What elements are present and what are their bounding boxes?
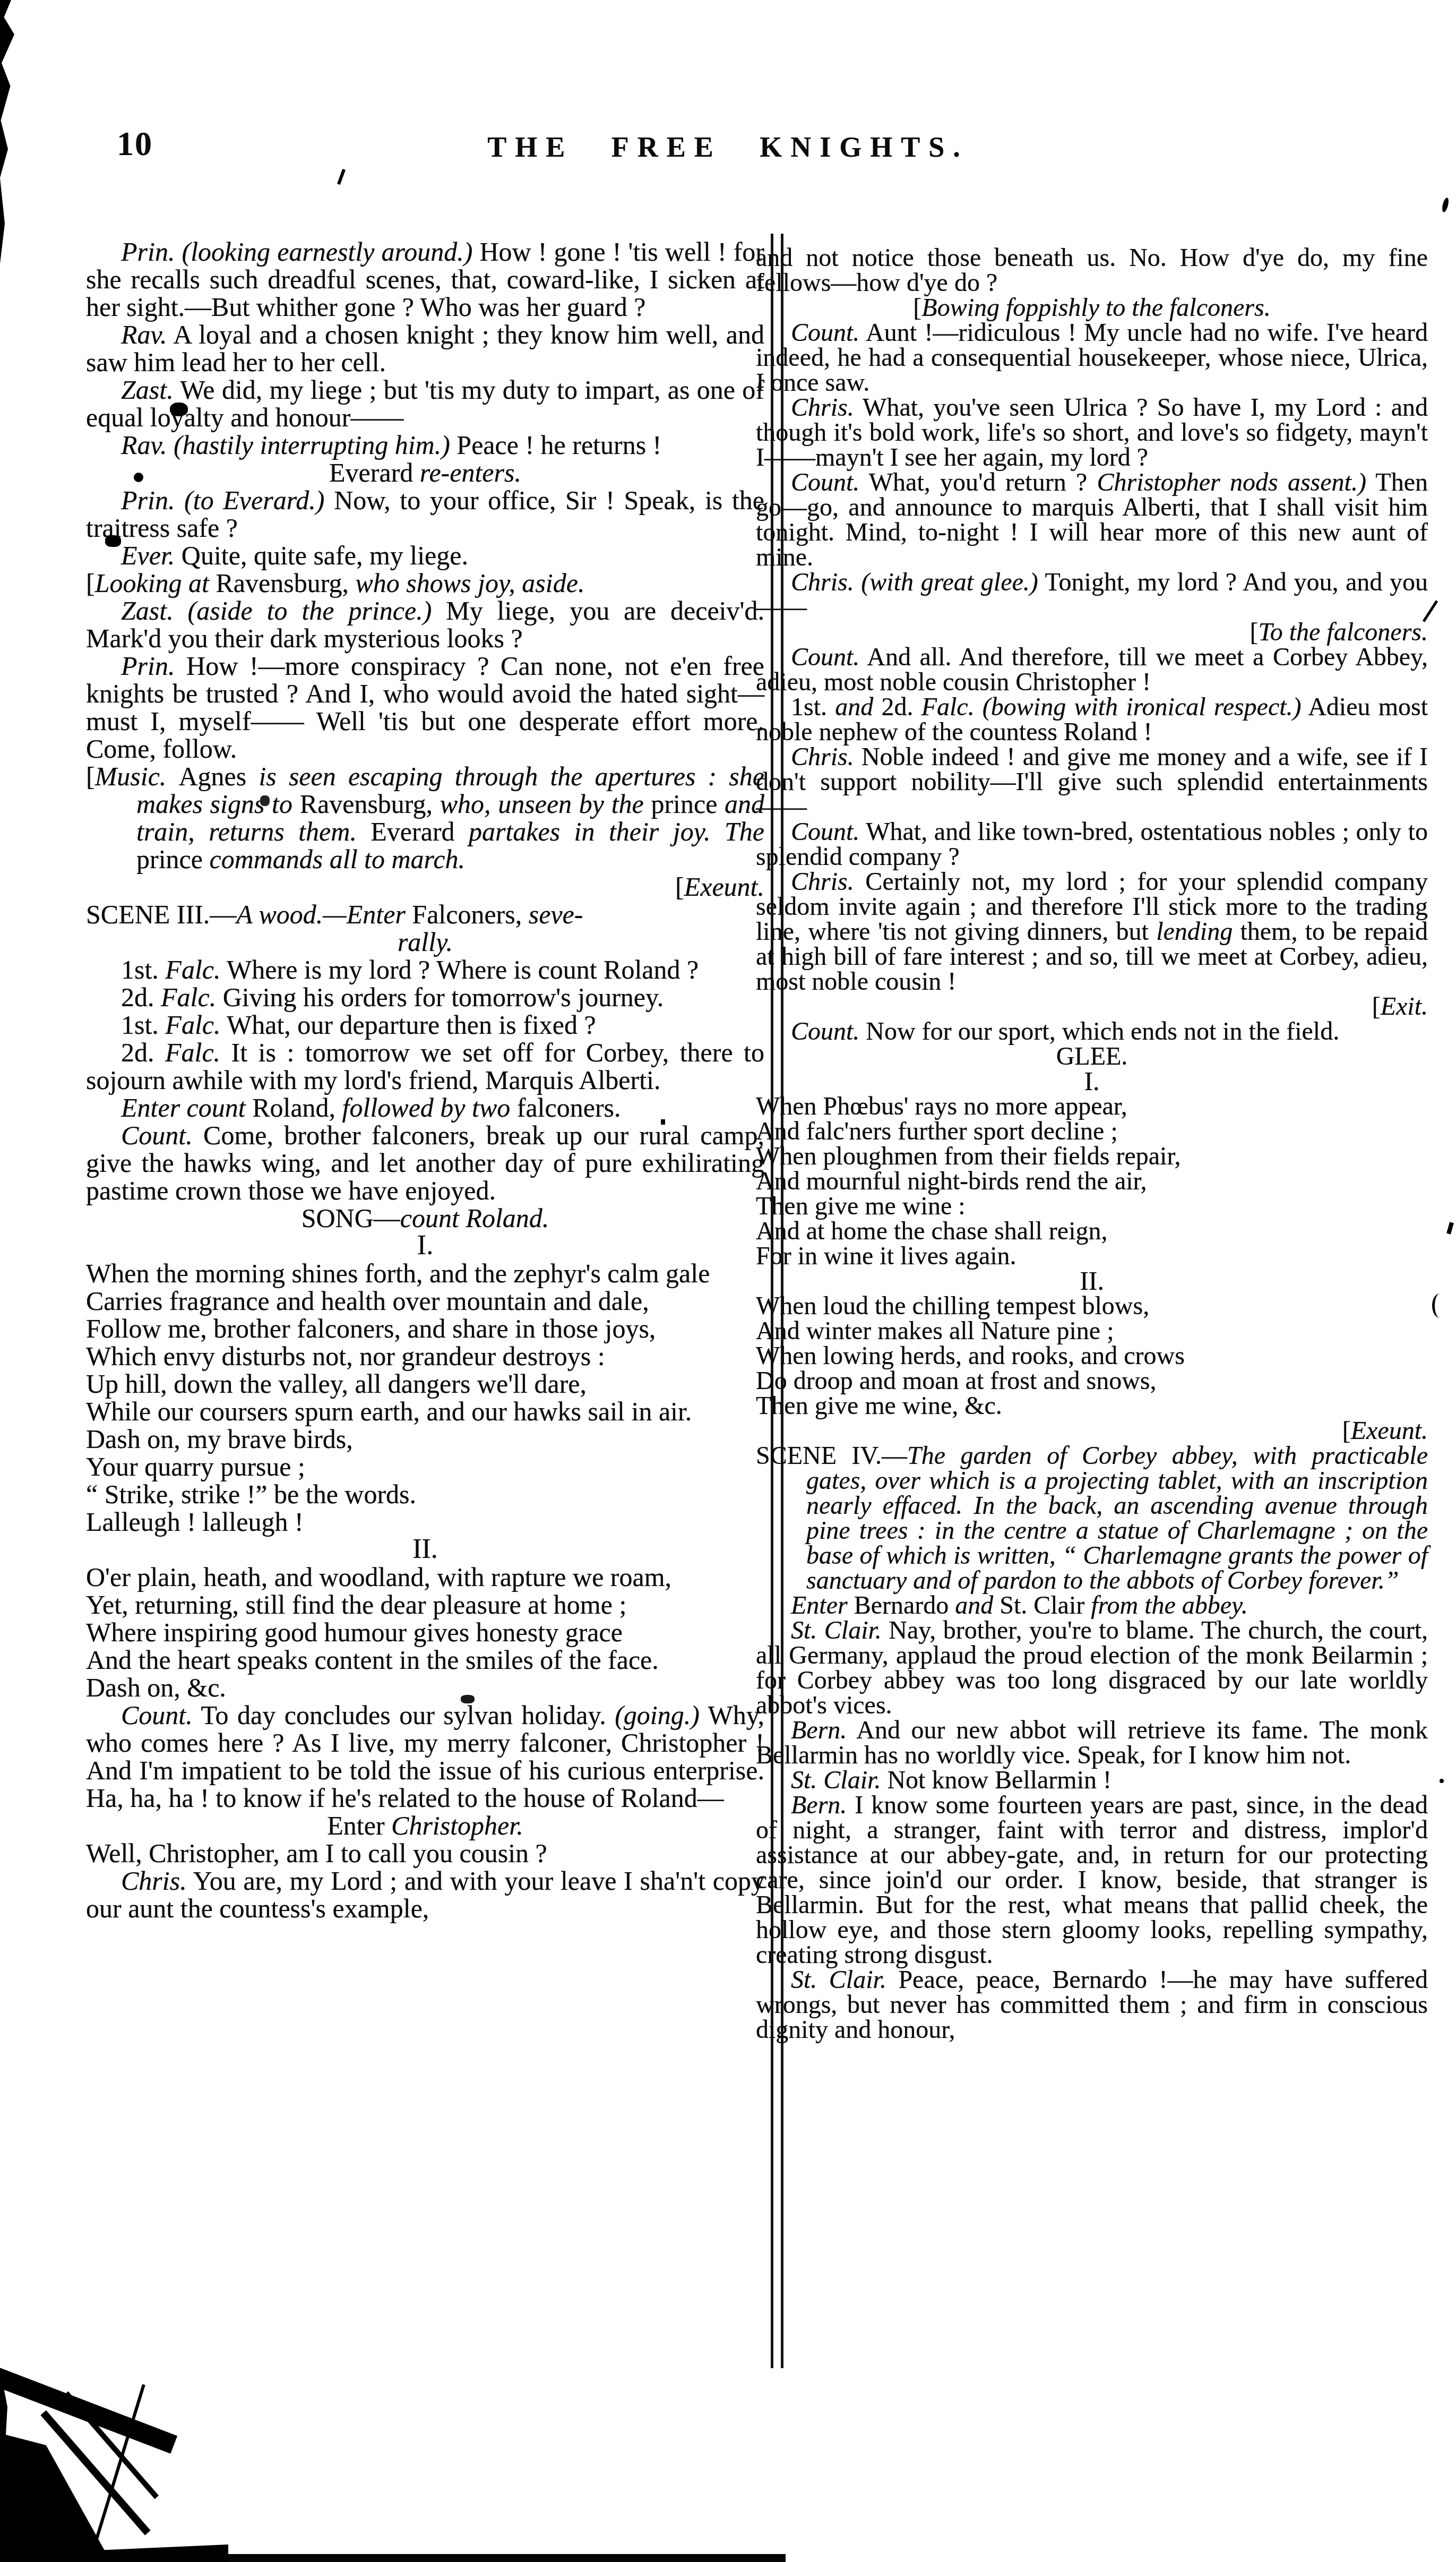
text-run: What, you'd return ? — [859, 468, 1097, 496]
text-run: Peace ! he returns ! — [450, 430, 661, 460]
speech-paragraph: Bern. I know some fourteen years are pas… — [756, 1793, 1428, 1967]
text-run: Enter — [327, 1811, 391, 1840]
scan-artifact-speck — [260, 795, 270, 806]
text-run: Yet, returning, still find the dear plea… — [86, 1590, 626, 1620]
verse-line: Where inspiring good humour gives honest… — [86, 1618, 764, 1646]
speech-paragraph: 1st. and 2d. Falc. (bowing with ironical… — [756, 695, 1428, 744]
verse-line: And mournful night-birds rend the air, — [756, 1169, 1428, 1194]
verse-number: II. — [86, 1536, 764, 1563]
text-run: Exit. — [1381, 992, 1428, 1021]
exit-direction: [Exeunt. — [86, 873, 764, 901]
verse-line: “ Strike, strike !” be the words. — [86, 1480, 764, 1508]
text-run: St. Clair — [1000, 1591, 1091, 1620]
text-run: SCENE IV.— — [756, 1442, 907, 1470]
speech-paragraph: Bern. And our new abbot will retrieve it… — [756, 1718, 1428, 1768]
text-run: Prin. (to Everard.) — [121, 485, 324, 515]
text-run: 1st. — [121, 955, 165, 984]
verse-line: When ploughmen from their fields repair, — [756, 1144, 1428, 1169]
text-run: Your quarry pursue ; — [86, 1452, 305, 1481]
text-run: I know some fourteen years are past, sin… — [756, 1791, 1428, 1969]
text-run: and — [835, 693, 881, 721]
text-run: Everard — [329, 458, 420, 487]
exit-direction: [Exit. — [756, 994, 1428, 1019]
speech-paragraph: Enter Bernardo and St. Clair from the ab… — [756, 1593, 1428, 1618]
verse-line: And winter makes all Nature pine ; — [756, 1318, 1428, 1343]
left-column: Prin. (looking earnestly around.) How ! … — [86, 238, 764, 1922]
right-column: and not notice those beneath us. No. How… — [756, 245, 1428, 2042]
text-run: Which envy disturbs not, nor grandeur de… — [86, 1341, 605, 1371]
text-run: Ravensburg, — [300, 789, 440, 819]
text-run: followed by two — [342, 1093, 517, 1123]
text-run: St. Clair. — [791, 1616, 882, 1644]
speech-paragraph: Chris. Certainly not, my lord ; for your… — [756, 869, 1428, 994]
text-run: Chris. — [791, 743, 854, 771]
text-run: I. — [1084, 1067, 1099, 1096]
song-heading: GLEE. — [756, 1044, 1428, 1069]
verse-line: When the morning shines forth, and the z… — [86, 1259, 764, 1287]
verse-line: Follow me, brother falconers, and share … — [86, 1315, 764, 1342]
text-run: You are, my Lord ; and with your leave I… — [86, 1866, 764, 1923]
stage-direction: [Bowing foppishly to the falconers. — [756, 295, 1428, 320]
text-run: [ — [1372, 992, 1381, 1021]
verse-line: Dash on, &c. — [86, 1674, 764, 1701]
text-run: from the abbey. — [1091, 1591, 1248, 1620]
speech-paragraph: Count. And all. And therefore, till we m… — [756, 645, 1428, 695]
text-run: And our new abbot will retrieve its fame… — [756, 1716, 1428, 1769]
text-run: And winter makes all Nature pine ; — [756, 1317, 1114, 1345]
text-run: (going.) — [615, 1700, 700, 1730]
text-run: Rav. (hastily interrupting him.) — [121, 430, 450, 460]
text-run: St. Clair. — [791, 1966, 886, 1994]
verse-line: Carries fragrance and health over mounta… — [86, 1287, 764, 1315]
text-run: SCENE III.— — [86, 899, 236, 929]
text-run: [ — [1342, 1417, 1351, 1445]
scene-heading: SCENE IV.—The garden of Corbey abbey, wi… — [756, 1443, 1428, 1593]
speech-paragraph: Rav. A loyal and a chosen knight ; they … — [86, 321, 764, 376]
text-run: seve- — [529, 899, 583, 929]
text-run: 2d. — [121, 1038, 165, 1067]
speech-paragraph: Count. Now for our sport, which ends not… — [756, 1019, 1428, 1044]
text-run: [ — [86, 568, 95, 598]
text-run: who shows joy, aside. — [355, 568, 584, 598]
scan-artifact-speck — [1446, 1222, 1454, 1234]
verse-number: I. — [756, 1069, 1428, 1094]
text-run: rally. — [398, 927, 453, 957]
verse-line: While our coursers spurn earth, and our … — [86, 1398, 764, 1425]
speech-paragraph: St. Clair. Peace, peace, Bernardo !—he m… — [756, 1967, 1428, 2042]
text-run: Agnes — [179, 761, 259, 791]
text-run: 2d. — [121, 982, 161, 1012]
scan-artifact-speck — [170, 402, 188, 416]
text-run: Bowing foppishly to the falconers. — [921, 294, 1270, 322]
text-run: “ Strike, strike !” be the words. — [86, 1479, 416, 1509]
text-run: For in wine it lives again. — [756, 1242, 1016, 1270]
stage-direction: [Looking at Ravensburg, who shows joy, a… — [86, 569, 764, 597]
text-run: Follow me, brother falconers, and share … — [86, 1314, 656, 1343]
scan-artifact-bottom-band — [228, 2554, 786, 2562]
verse-line: Then give me wine, &c. — [756, 1393, 1428, 1418]
text-run: Ravensburg, — [216, 568, 355, 598]
speech-paragraph: Ever. Quite, quite safe, my liege. — [86, 542, 764, 569]
text-run: [ — [86, 761, 95, 791]
text-run: [ — [1250, 618, 1258, 646]
speech-paragraph: 2d. Falc. It is : tomorrow we set off fo… — [86, 1039, 764, 1094]
text-run: A wood.—Enter — [236, 899, 412, 929]
text-run: Enter — [791, 1591, 854, 1620]
text-run: Bern. — [791, 1791, 847, 1819]
stage-direction: rally. — [86, 928, 764, 956]
scan-artifact-speck — [105, 535, 121, 547]
text-run: When the morning shines forth, and the z… — [86, 1258, 710, 1288]
speech-paragraph: Enter count Roland, followed by two falc… — [86, 1094, 764, 1121]
speech-paragraph: 1st. Falc. Where is my lord ? Where is c… — [86, 956, 764, 983]
text-run: Zast. — [121, 375, 174, 405]
verse-line: Which envy disturbs not, nor grandeur de… — [86, 1342, 764, 1370]
text-run: II. — [412, 1534, 438, 1564]
text-run: Well, Christopher, am I to call you cous… — [86, 1838, 547, 1868]
text-run: count Roland. — [400, 1203, 549, 1233]
text-run: 1st. — [791, 693, 835, 721]
text-run: Up hill, down the valley, all dangers we… — [86, 1369, 587, 1399]
speech-paragraph: Count. What, and like town-bred, ostenta… — [756, 819, 1428, 869]
text-run: To the falconers. — [1258, 618, 1428, 646]
verse-line: Lalleugh ! lalleugh ! — [86, 1508, 764, 1536]
text-run: We did, my liege ; but 'tis my duty to i… — [86, 375, 764, 432]
verse-line: Yet, returning, still find the dear plea… — [86, 1591, 764, 1618]
stage-direction: Enter Christopher. — [86, 1812, 764, 1839]
stage-direction: [Music. Agnes is seen escaping through t… — [86, 762, 764, 873]
speech-paragraph: Chris. (with great glee.) Tonight, my lo… — [756, 570, 1428, 620]
speech-paragraph: 1st. Falc. What, our departure then is f… — [86, 1011, 764, 1039]
text-run: SONG— — [301, 1203, 400, 1233]
text-run: Bernardo — [854, 1591, 955, 1620]
verse-line: For in wine it lives again. — [756, 1244, 1428, 1269]
text-run: Roland, — [252, 1093, 342, 1123]
scan-artifact-speck — [134, 473, 143, 482]
text-run: Now for our sport, which ends not in the… — [859, 1017, 1339, 1046]
speech-paragraph: Chris. You are, my Lord ; and with your … — [86, 1867, 764, 1922]
speech-paragraph: Count. To day concludes our sylvan holid… — [86, 1701, 764, 1812]
text-run: Giving his orders for tomorrow's journey… — [216, 982, 664, 1012]
text-run: and — [955, 1591, 1000, 1620]
text-run: While our coursers spurn earth, and our … — [86, 1396, 692, 1426]
text-run: Prin. (looking earnestly around.) — [121, 237, 472, 267]
text-run: lending — [1156, 918, 1233, 946]
stage-direction: Everard re-enters. — [86, 459, 764, 486]
text-run: Dash on, &c. — [86, 1673, 226, 1702]
text-run: Where inspiring good humour gives honest… — [86, 1617, 623, 1647]
text-run: And the heart speaks content in the smil… — [86, 1645, 659, 1675]
text-run: Noble indeed ! and give me money and a w… — [756, 743, 1428, 821]
speech-paragraph: St. Clair. Nay, brother, you're to blame… — [756, 1618, 1428, 1718]
text-run: falconers. — [517, 1093, 621, 1123]
text-run: And at home the chase shall reign, — [756, 1217, 1107, 1245]
verse-line: And falc'ners further sport decline ; — [756, 1119, 1428, 1144]
verse-line: When lowing herds, and rooks, and crows — [756, 1343, 1428, 1368]
text-run: Count. — [791, 1017, 859, 1046]
text-run: Ever. — [121, 541, 175, 570]
text-run: [ — [913, 294, 921, 322]
text-run: What, you've seen Ulrica ? So have I, my… — [756, 393, 1428, 472]
text-run: When lowing herds, and rooks, and crows — [756, 1342, 1185, 1370]
text-run: Enter count — [121, 1093, 252, 1123]
text-run: Count. — [121, 1700, 193, 1730]
text-run: Prin. — [121, 651, 175, 681]
verse-line: Do droop and moan at frost and snows, — [756, 1368, 1428, 1393]
text-run: Count. — [791, 818, 859, 846]
text-run: Count. — [791, 643, 859, 671]
speech-paragraph: Count. Aunt !—ridiculous ! My uncle had … — [756, 320, 1428, 395]
text-run: Exeunt. — [684, 872, 764, 902]
speech-paragraph: and not notice those beneath us. No. How… — [756, 245, 1428, 295]
text-run: Christopher nods assent.) — [1097, 468, 1366, 496]
speech-paragraph: Count. What, you'd return ? Christopher … — [756, 470, 1428, 570]
text-run: Music. — [95, 761, 179, 791]
text-run: Carries fragrance and health over mounta… — [86, 1286, 649, 1316]
speech-paragraph: Prin. (to Everard.) Now, to your office,… — [86, 486, 764, 542]
text-run: I. — [417, 1230, 433, 1261]
text-run: Count. — [121, 1120, 193, 1150]
text-run: Chris. — [791, 393, 854, 422]
running-title: THE FREE KNIGHTS. — [0, 131, 1456, 164]
verse-line: When loud the chilling tempest blows, — [756, 1293, 1428, 1318]
exit-direction: [To the falconers. — [756, 620, 1428, 645]
text-run: Christopher. — [391, 1811, 523, 1840]
speech-paragraph: Chris. Noble indeed ! and give me money … — [756, 744, 1428, 819]
text-run: Falc. — [165, 1010, 220, 1040]
scan-artifact-speck — [1440, 1779, 1444, 1783]
verse-line: And the heart speaks content in the smil… — [86, 1646, 764, 1674]
text-run: Chris. — [121, 1866, 187, 1896]
speech-paragraph: Chris. What, you've seen Ulrica ? So hav… — [756, 395, 1428, 470]
text-run: Do droop and moan at frost and snows, — [756, 1367, 1157, 1395]
text-run: Chris. — [791, 868, 854, 896]
verse-line: Dash on, my brave birds, — [86, 1425, 764, 1453]
verse-number: I. — [86, 1232, 764, 1259]
text-run: Falc. (bowing with ironical respect.) — [921, 693, 1302, 721]
text-run: Falc. — [165, 1038, 220, 1067]
text-run: Lalleugh ! lalleugh ! — [86, 1507, 304, 1537]
text-run: Falconers, — [412, 899, 528, 929]
text-run: [ — [675, 872, 684, 902]
speech-paragraph: Well, Christopher, am I to call you cous… — [86, 1839, 764, 1867]
text-run: When ploughmen from their fields repair, — [756, 1142, 1181, 1170]
text-run: prince — [651, 789, 725, 819]
text-run: commands all to march. — [209, 844, 464, 874]
speech-paragraph: 2d. Falc. Giving his orders for tomorrow… — [86, 983, 764, 1011]
text-run: Falc. — [165, 955, 220, 984]
text-run: partakes in their joy. The — [469, 817, 764, 846]
text-run: And mournful night-birds rend the air, — [756, 1167, 1147, 1195]
text-run: Not know Bellarmin ! — [881, 1766, 1112, 1794]
verse-line: O'er plain, heath, and woodland, with ra… — [86, 1563, 764, 1591]
speech-paragraph: Prin. How !—more conspiracy ? Can none, … — [86, 652, 764, 762]
text-run: O'er plain, heath, and woodland, with ra… — [86, 1562, 671, 1592]
scanned-book-page: 10 THE FREE KNIGHTS. Prin. (looking earn… — [0, 0, 1456, 2562]
text-run: And falc'ners further sport decline ; — [756, 1117, 1118, 1145]
text-run: Everard — [371, 817, 469, 846]
text-run: A loyal and a chosen knight ; they know … — [86, 320, 764, 377]
speech-paragraph: Prin. (looking earnestly around.) How ! … — [86, 238, 764, 321]
verse-number: II. — [756, 1269, 1428, 1293]
speech-paragraph: St. Clair. Not know Bellarmin ! — [756, 1768, 1428, 1793]
text-run: St. Clair. — [791, 1766, 881, 1794]
verse-line: Your quarry pursue ; — [86, 1453, 764, 1480]
scan-artifact-speck — [1432, 1293, 1448, 1318]
text-run: Exeunt. — [1351, 1417, 1428, 1445]
text-run: To day concludes our sylvan holiday. — [193, 1700, 615, 1730]
text-run: Dash on, my brave birds, — [86, 1424, 353, 1454]
scan-artifact-speck — [661, 1119, 665, 1125]
scan-artifact-speck — [337, 169, 346, 185]
text-run: Then give me wine, &c. — [756, 1392, 1002, 1420]
text-run: Where is my lord ? Where is count Roland… — [221, 955, 699, 984]
verse-line: And at home the chase shall reign, — [756, 1219, 1428, 1244]
text-run: How !—more conspiracy ? Can none, not e'… — [86, 651, 764, 764]
text-run: Bern. — [791, 1716, 847, 1744]
speech-paragraph: Count. Come, brother falconers, break up… — [86, 1121, 764, 1204]
text-run: Then give me wine : — [756, 1192, 966, 1220]
speech-paragraph: Rav. (hastily interrupting him.) Peace !… — [86, 431, 764, 459]
text-run: When loud the chilling tempest blows, — [756, 1292, 1149, 1320]
scan-artifact-fold-shadow — [0, 2432, 109, 2562]
text-run: Falc. — [161, 982, 216, 1012]
exit-direction: [Exeunt. — [756, 1418, 1428, 1443]
text-run: Quite, quite safe, my liege. — [175, 541, 468, 570]
speech-paragraph: Zast. We did, my liege ; but 'tis my dut… — [86, 376, 764, 431]
text-run: Chris. (with great glee.) — [791, 568, 1038, 596]
text-run: II. — [1080, 1266, 1104, 1296]
text-run: re-enters. — [420, 458, 521, 487]
verse-line: Then give me wine : — [756, 1194, 1428, 1219]
text-run: Zast. (aside to the prince.) — [121, 596, 432, 625]
text-run: What, our departure then is fixed ? — [221, 1010, 596, 1040]
text-run: Looking at — [95, 568, 216, 598]
scan-artifact-speck — [1441, 197, 1450, 213]
text-run: Count. — [791, 468, 859, 496]
verse-line: Up hill, down the valley, all dangers we… — [86, 1370, 764, 1398]
text-run: Count. — [791, 319, 859, 347]
scan-artifact-speck — [461, 1695, 475, 1703]
text-run: who, unseen by the — [440, 789, 651, 819]
text-run: Rav. — [121, 320, 167, 349]
text-run: 1st. — [121, 1010, 165, 1040]
scene-heading: SCENE III.—A wood.—Enter Falconers, seve… — [86, 901, 764, 928]
text-run: When Phœbus' rays no more appear, — [756, 1092, 1127, 1120]
verse-line: When Phœbus' rays no more appear, — [756, 1094, 1428, 1119]
text-run: 2d. — [881, 693, 921, 721]
speech-paragraph: Zast. (aside to the prince.) My liege, y… — [86, 597, 764, 652]
text-run: prince — [136, 844, 209, 874]
song-heading: SONG—count Roland. — [86, 1204, 764, 1232]
text-run: and not notice those beneath us. No. How… — [756, 244, 1428, 297]
